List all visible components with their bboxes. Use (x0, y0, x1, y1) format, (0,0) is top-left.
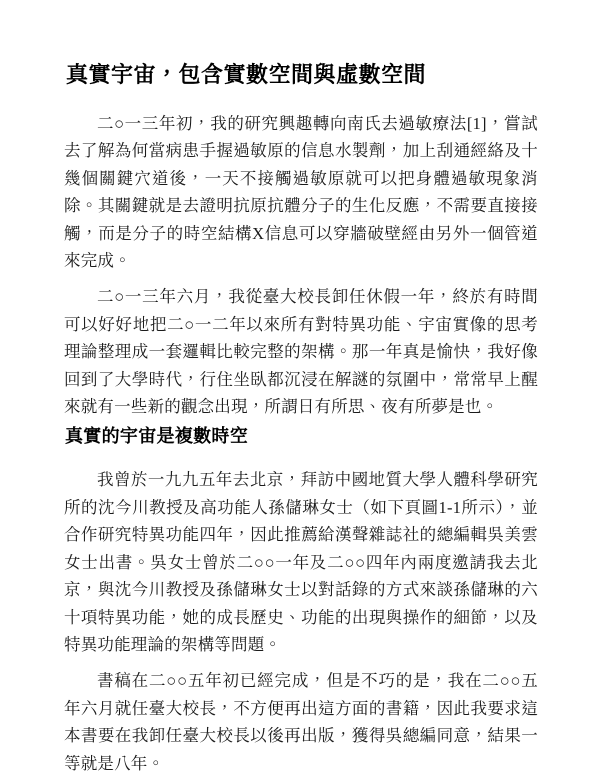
section-heading-complex-spacetime: 真實的宇宙是複數時空 (65, 423, 538, 449)
paragraph-beijing-visit: 我曾於一九九五年去北京，拜訪中國地質大學人體科學研究所的沈今川教授及高功能人孫儲… (64, 466, 538, 658)
paragraph-allergy-research: 二○一三年初，我的研究興趣轉向南氏去過敏療法[1]，嘗試去了解為何當病患手握過敏… (64, 110, 538, 274)
paragraph-manuscript-publication: 書稿在二○○五年初已經完成，但是不巧的是，我在二○○五年六月就任臺大校長，不方便… (64, 667, 538, 774)
document-title: 真實宇宙，包含實數空間與虛數空間 (66, 60, 538, 90)
paragraph-sabbatical-year: 二○一三年六月，我從臺大校長卸任休假一年，終於有時間可以好好地把二○一二年以來所… (64, 283, 538, 420)
document-page: 真實宇宙，包含實數空間與虛數空間 二○一三年初，我的研究興趣轉向南氏去過敏療法[… (0, 0, 600, 774)
